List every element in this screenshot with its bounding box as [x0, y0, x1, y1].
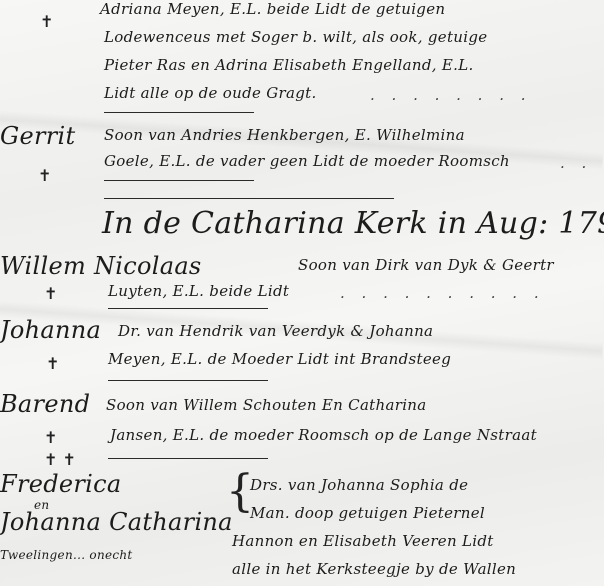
entry-6-line-3: Hannon en Elisabeth Veeren Lidt — [232, 532, 494, 550]
entry-2-dots: . . — [560, 154, 592, 172]
cross-mark-icon: ✝ — [44, 284, 57, 303]
entry-divider — [108, 308, 268, 309]
entry-6-line-4: alle in het Kerksteegje by de Wallen — [232, 560, 516, 578]
cross-mark-icon: ✝ — [44, 428, 57, 447]
entry-divider — [108, 458, 268, 459]
cross-mark-icon: ✝ — [38, 166, 51, 185]
entry-3-line-2: Luyten, E.L. beide Lidt — [108, 282, 289, 300]
entry-5-line-2: Jansen, E.L. de moeder Roomsch op de Lan… — [110, 426, 537, 444]
entry-3-dots: . . . . . . . . . . — [340, 284, 545, 302]
entry-1-line-4: Lidt alle op de oude Gragt. — [104, 84, 317, 102]
cross-mark-icon: ✝ — [40, 12, 53, 31]
entry-divider — [104, 180, 254, 181]
entry-1-line-3: Pieter Ras en Adrina Elisabeth Engelland… — [104, 56, 474, 74]
entry-2-line-1: Soon van Andries Henkbergen, E. Wilhelmi… — [104, 126, 465, 144]
entry-6-line-2: Man. doop getuigen Pieternel — [250, 504, 485, 522]
entry-1-line-2: Lodewenceus met Soger b. wilt, als ook, … — [104, 28, 487, 46]
child-name-johanna: Johanna — [0, 316, 101, 344]
cross-mark-icon: ✝ ✝ — [44, 450, 76, 469]
entry-1-dots: . . . . . . . . — [370, 86, 532, 104]
entry-1-line-1: Adriana Meyen, E.L. beide Lidt de getuig… — [100, 0, 445, 18]
entry-4-line-2: Meyen, E.L. de Moeder Lidt int Brandstee… — [108, 350, 451, 368]
section-heading: In de Catharina Kerk in Aug: 1793. — [102, 206, 604, 241]
child-note: Tweelingen... onecht — [0, 548, 133, 562]
entry-divider — [104, 112, 254, 113]
entry-2-line-2: Goele, E.L. de vader geen Lidt de moeder… — [104, 152, 510, 170]
entry-3-line-1: Soon van Dirk van Dyk & Geertr — [298, 256, 554, 274]
child-name-gerrit: Gerrit — [0, 122, 75, 150]
entry-4-line-1: Dr. van Hendrik van Veerdyk & Johanna — [118, 322, 433, 340]
section-divider — [104, 198, 394, 199]
child-name-willem-nicolaas: Willem Nicolaas — [0, 252, 202, 280]
child-name-frederica: Frederica — [0, 470, 122, 498]
entry-5-line-1: Soon van Willem Schouten En Catharina — [106, 396, 427, 414]
child-name-barend: Barend — [0, 390, 90, 418]
entry-6-line-1: Drs. van Johanna Sophia de — [250, 476, 468, 494]
child-name-johanna-catharina: Johanna Catharina — [0, 508, 233, 536]
entry-divider — [108, 380, 268, 381]
cross-mark-icon: ✝ — [46, 354, 59, 373]
register-page: ✝ Adriana Meyen, E.L. beide Lidt de getu… — [0, 0, 604, 586]
